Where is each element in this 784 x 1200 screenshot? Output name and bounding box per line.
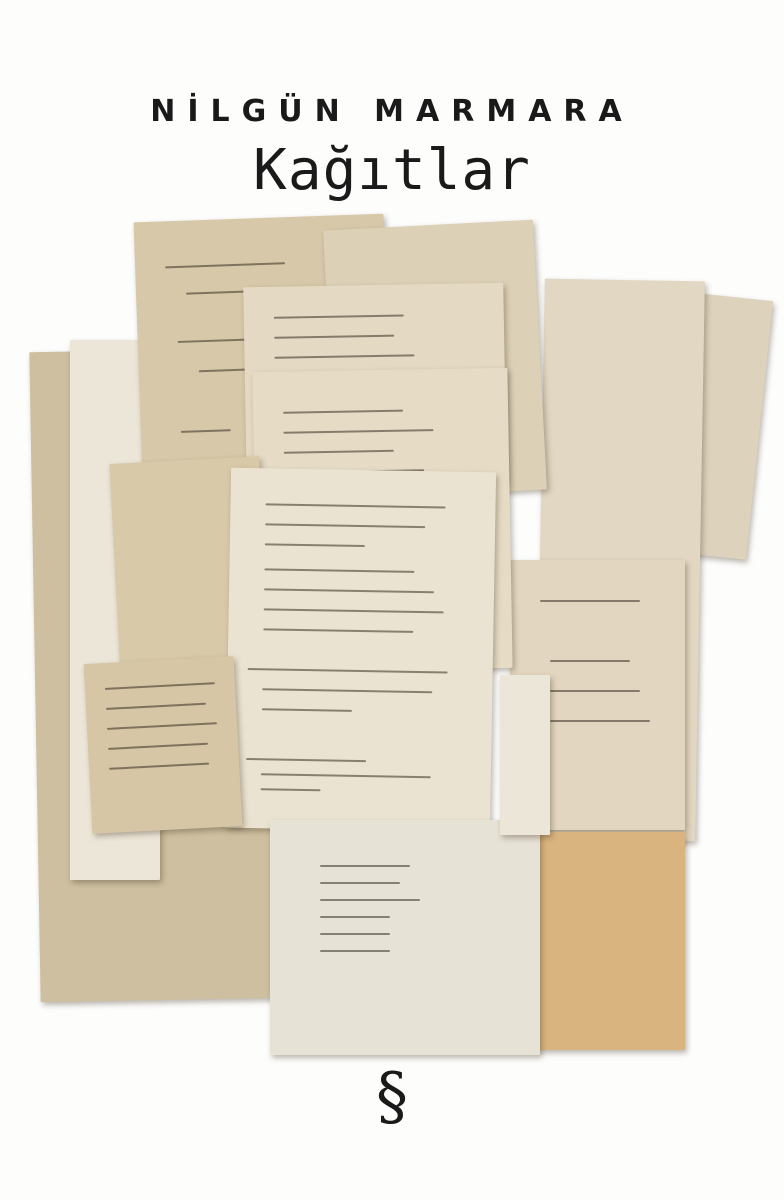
- paper-sheet: [84, 656, 243, 834]
- paper-sheet: [225, 468, 496, 833]
- manuscript-papers-photo: [0, 0, 784, 1200]
- paper-sheet: [535, 832, 685, 1050]
- publisher-logo: §: [0, 1060, 784, 1134]
- paper-sheet: [500, 675, 550, 835]
- section-sign-icon: §: [376, 1060, 408, 1134]
- paper-sheet: [270, 820, 540, 1055]
